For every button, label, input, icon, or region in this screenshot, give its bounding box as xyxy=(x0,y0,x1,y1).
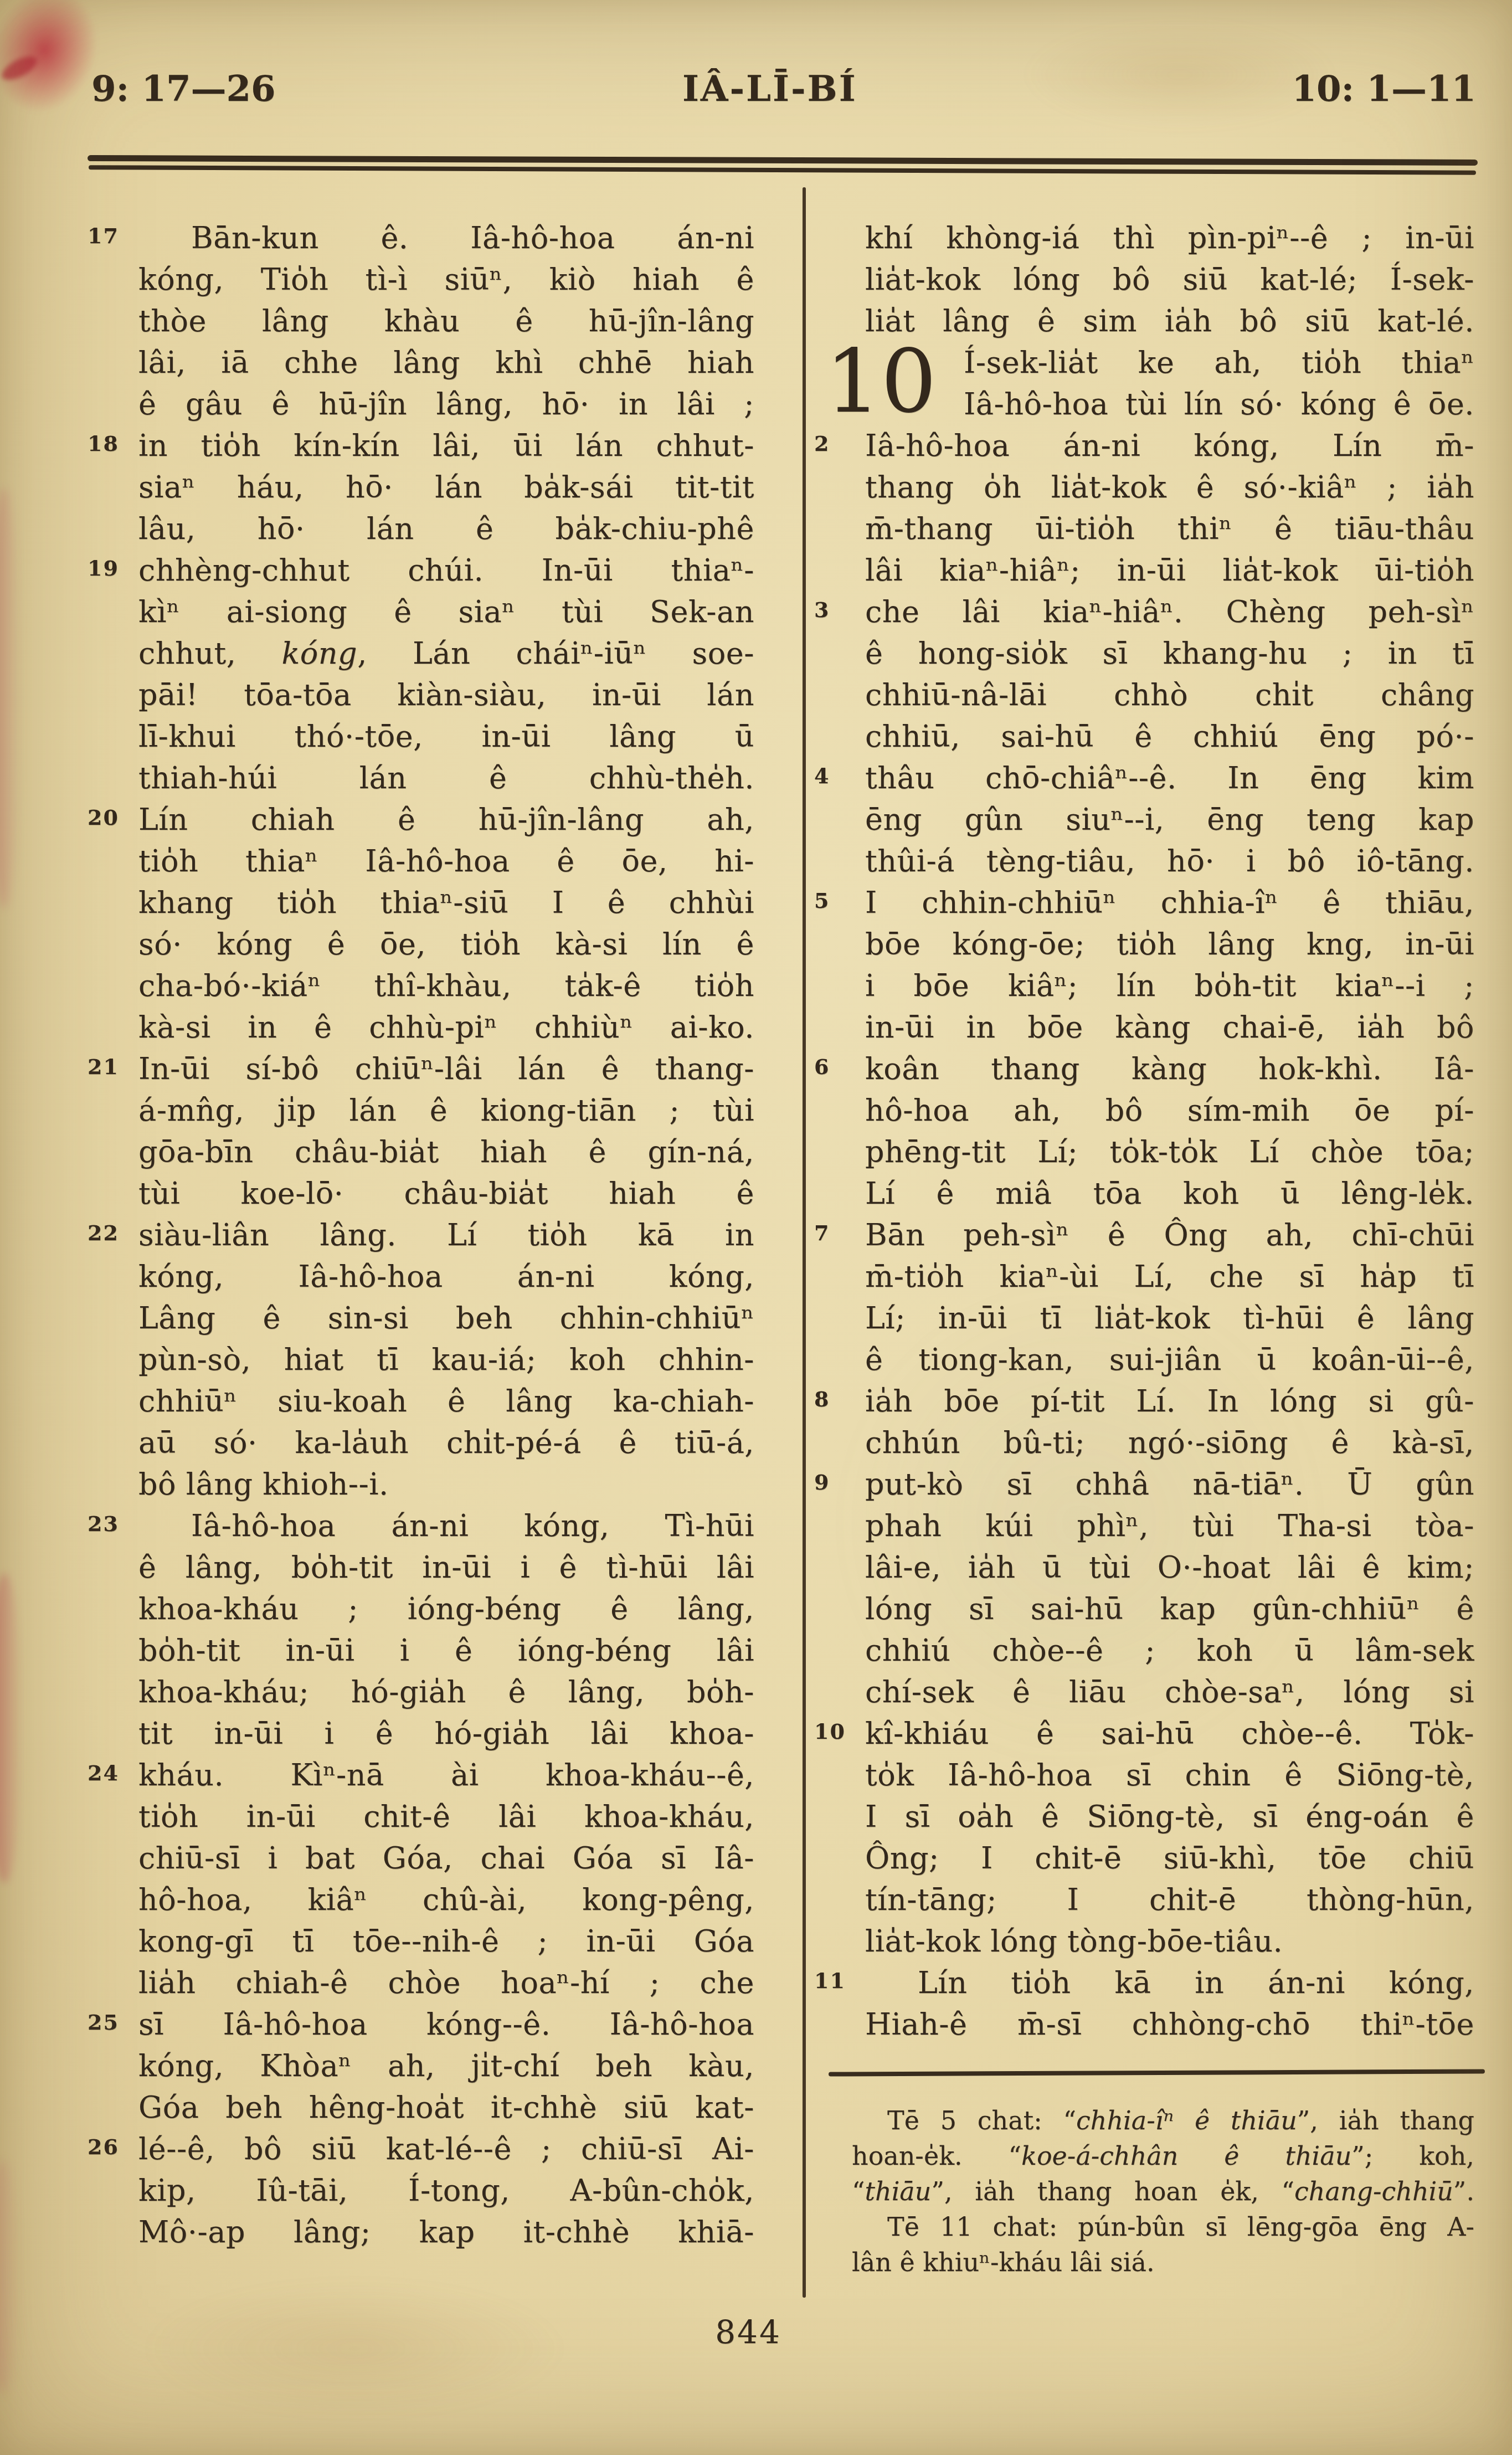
text-line: Lí ê miâ tōa koh ū lêng-le̍k. xyxy=(865,1173,1474,1214)
verse-number: 20 xyxy=(88,797,134,838)
text-line: siaⁿ háu, hō· lán ba̍k-sái tit-tit xyxy=(138,466,754,508)
text-line: 4thâu chō-chiâⁿ--ê. In ēng kim xyxy=(865,757,1474,799)
header-rule-bottom xyxy=(89,165,1476,175)
text-line: 5I chhin-chhiūⁿ chhia-îⁿ ê thiāu, xyxy=(865,882,1474,923)
text-line: lâu, hō· lán ê ba̍k-chiu-phê xyxy=(138,508,754,549)
verse-number: 25 xyxy=(88,2001,134,2043)
pink-edge-smudge xyxy=(0,2160,19,2393)
text-line: pùn-sò, hiat tī kau-iá; koh chhin- xyxy=(138,1339,754,1380)
text-line: lia̍t-kok lóng tòng-bōe-tiâu. xyxy=(865,1920,1474,1962)
text-line: 10Í-sek-lia̍t ke ah, tio̍h thiaⁿ xyxy=(865,342,1474,383)
text-line: lī-khui thó·-tōe, in-ūi lâng ū xyxy=(138,716,754,757)
text-line: lóng sī sai-hū kap gûn-chhiūⁿ ê xyxy=(865,1588,1474,1630)
red-edge-smudge xyxy=(0,52,40,84)
text-line: i bōe kiâⁿ; lín bo̍h-tit kiaⁿ--i ; xyxy=(865,965,1474,1006)
text-line: kóng, Tio̍h tì-ì siūⁿ, kiò hiah ê xyxy=(138,259,754,300)
text-line: ê hong-sio̍k sī khang-hu ; in tī xyxy=(865,633,1474,674)
text-line: lâi-e, ia̍h ū tùi O·-hoat lâi ê kim; xyxy=(865,1547,1474,1588)
text-line: to̍k Iâ-hô-hoa sī chin ê Siōng-tè, xyxy=(865,1754,1474,1796)
verse-number: 10 xyxy=(814,1711,861,1752)
verse-number: 23 xyxy=(88,1503,134,1544)
text-line: 26lé--ê, bô siū kat-lé--ê ; chiū-sī Ai- xyxy=(138,2128,754,2170)
text-line: m̄-tio̍h kiaⁿ-ùi Lí, che sī ha̍p tī xyxy=(865,1256,1474,1297)
text-line: thang o̍h lia̍t-kok ê só·-kiâⁿ ; ia̍h xyxy=(865,466,1474,508)
text-line: Tē 5 chat: “chhia-îⁿ ê thiāu”, ia̍h than… xyxy=(852,2103,1474,2138)
text-line: thòe lâng khàu ê hū-jîn-lâng xyxy=(138,300,754,342)
text-line: gōa-bīn châu-bia̍t hiah ê gín-ná, xyxy=(138,1131,754,1173)
text-line: chiū-sī i bat Góa, chai Góa sī Iâ- xyxy=(138,1837,754,1879)
text-line: lâi, iā chhe lâng khì chhē hiah xyxy=(138,342,754,383)
text-line: 22siàu-liân lâng. Lí tio̍h kā in xyxy=(138,1214,754,1256)
text-line: kong-gī tī tōe--nih-ê ; in-ūi Góa xyxy=(138,1920,754,1962)
text-line: khang tio̍h thiaⁿ-siū I ê chhùi xyxy=(138,882,754,923)
text-line: chhiūⁿ siu-koah ê lâng ka-chiah- xyxy=(138,1380,754,1422)
text-line: kà-si in ê chhù-piⁿ chhiùⁿ ai-ko. xyxy=(138,1006,754,1048)
footnote: Tē 5 chat: “chhia-îⁿ ê thiāu”, ia̍h than… xyxy=(852,2103,1474,2280)
text-line: Lí; in-ūi tī lia̍t-kok tì-hūi ê lâng xyxy=(865,1297,1474,1339)
verse-number: 24 xyxy=(88,1752,134,1794)
text-line: 21In-ūi sí-bô chiūⁿ-lâi lán ê thang- xyxy=(138,1048,754,1090)
text-line: kip, Iû-tāi, Í-tong, A-bûn-cho̍k, xyxy=(138,2170,754,2211)
text-line: chí-sek ê liāu chòe-saⁿ, lóng si xyxy=(865,1671,1474,1713)
verse-number: 11 xyxy=(814,1960,861,2001)
text-line: hô-hoa ah, bô sím-mih ōe pí- xyxy=(865,1090,1474,1131)
text-line: 24kháu. Kìⁿ-nā ài khoa-kháu--ê, xyxy=(138,1754,754,1796)
text-line: phēng-tit Lí; to̍k-to̍k Lí chòe tōa; xyxy=(865,1131,1474,1173)
text-line: m̄-thang ūi-tio̍h thiⁿ ê tiāu-thâu xyxy=(865,508,1474,549)
header-chapter-verse-left: 9: 17—26 xyxy=(91,64,276,114)
text-line: Lâng ê sin-si beh chhin-chhiūⁿ xyxy=(138,1297,754,1339)
text-line: lân ê khiuⁿ-kháu lâi siá. xyxy=(852,2245,1474,2280)
text-line: 3che lâi kiaⁿ-hiâⁿ. Chèng peh-sìⁿ xyxy=(865,591,1474,633)
text-line: 20Lín chiah ê hū-jîn-lâng ah, xyxy=(138,799,754,840)
text-line: hoan-e̍k. “koe-á-chhân ê thiāu”; koh, xyxy=(852,2138,1474,2174)
text-line: ê gâu ê hū-jîn lâng, hō· in lâi ; xyxy=(138,383,754,425)
text-line: Góa beh hêng-hoa̍t it-chhè siū kat- xyxy=(138,2087,754,2128)
verse-number: 18 xyxy=(88,423,134,464)
text-line: 23Iâ-hô-hoa án-ni kóng, Tì-hūi xyxy=(138,1505,754,1547)
verse-number: 2 xyxy=(814,423,861,464)
text-line: tio̍h thiaⁿ Iâ-hô-hoa ê ōe, hi- xyxy=(138,840,754,882)
text-line: chhún bû-ti; ngó·-siōng ê kà-sī, xyxy=(865,1422,1474,1463)
pink-edge-smudge xyxy=(0,1573,22,1883)
text-line: lia̍h chiah-ê chòe hoaⁿ-hí ; che xyxy=(138,1962,754,2004)
text-line: 18in tio̍h kín-kín lâi, ūi lán chhut- xyxy=(138,425,754,466)
italic-text: kóng xyxy=(282,636,358,671)
text-line: in-ūi in bōe kàng chai-ē, ia̍h bô xyxy=(865,1006,1474,1048)
verse-number: 6 xyxy=(814,1046,861,1087)
header-rule-top xyxy=(88,155,1478,166)
verse-number: 19 xyxy=(88,547,134,589)
text-line: kóng, Khòaⁿ ah, ji̍t-chí beh kàu, xyxy=(138,2045,754,2087)
text-line: bô lâng khioh--i. xyxy=(138,1463,754,1505)
text-line: Ông; I chit-ē siū-khì, tōe chiū xyxy=(865,1837,1474,1879)
verse-number: 9 xyxy=(814,1461,861,1503)
text-line: Mô·-ap lâng; kap it-chhè khiā- xyxy=(138,2211,754,2253)
book-page: 9: 17—26 IÂ-LĪ-BÍ 10: 1—11 17Bān-kun ê. … xyxy=(0,0,1512,2455)
text-line: tit in-ūi i ê hó-gia̍h lâi khoa- xyxy=(138,1713,754,1754)
verse-number: 8 xyxy=(814,1378,861,1420)
verse-number: 26 xyxy=(88,2126,134,2168)
text-line: hô-hoa, kiâⁿ chû-ài, kong-pêng, xyxy=(138,1879,754,1920)
verse-number: 5 xyxy=(814,880,861,921)
running-header: 9: 17—26 IÂ-LĪ-BÍ 10: 1—11 xyxy=(91,64,1476,114)
text-line: 11Lín tio̍h kā in án-ni kóng, xyxy=(865,1962,1474,2004)
text-line: lia̍t lâng ê sim ia̍h bô siū kat-lé. xyxy=(865,300,1474,342)
text-line: khoa-kháu; hó-gia̍h ê lâng, bo̍h- xyxy=(138,1671,754,1713)
text-line: bōe kóng-ōe; tio̍h lâng kng, in-ūi xyxy=(865,923,1474,965)
page-number: 844 xyxy=(0,2313,1496,2351)
footnote-rule xyxy=(829,2069,1485,2076)
text-line: lia̍t-kok lóng bô siū kat-lé; Í-sek- xyxy=(865,259,1474,300)
text-line: ê lâng, bo̍h-tit in-ūi i ê tì-hūi lâi xyxy=(138,1547,754,1588)
column-divider-rule xyxy=(803,187,806,2298)
text-line: Tē 11 chat: pún-bûn sī lēng-gōa ēng A- xyxy=(852,2209,1474,2245)
text-line: chhiú chòe--ê ; koh ū lâm-sek xyxy=(865,1630,1474,1671)
pink-edge-smudge xyxy=(0,487,20,908)
text-line: tùi koe-lō· châu-bia̍t hiah ê xyxy=(138,1173,754,1214)
verse-number: 7 xyxy=(814,1212,861,1254)
text-column-left: 17Bān-kun ê. Iâ-hô-hoa án-nikóng, Tio̍h … xyxy=(138,217,754,2253)
text-line: khí khòng-iá thì pìn-piⁿ--ê ; in-ūi xyxy=(865,217,1474,259)
text-line: tio̍h in-ūi chit-ê lâi khoa-kháu, xyxy=(138,1796,754,1837)
text-line: kìⁿ ai-siong ê siaⁿ tùi Sek-an xyxy=(138,591,754,633)
italic-text: chang-chhiū xyxy=(1294,2176,1453,2206)
verse-number: 3 xyxy=(814,589,861,630)
text-line: thûi-á tèng-tiâu, hō· i bô iô-tāng. xyxy=(865,840,1474,882)
text-line: lâi kiaⁿ-hiâⁿ; in-ūi lia̍t-kok ūi-tio̍h xyxy=(865,549,1474,591)
text-line: ēng gûn siuⁿ--i, ēng teng kap xyxy=(865,799,1474,840)
text-line: 7Bān peh-sìⁿ ê Ông ah, chī-chūi xyxy=(865,1214,1474,1256)
text-line: 19chhèng-chhut chúi. In-ūi thiaⁿ- xyxy=(138,549,754,591)
text-line: ê tiong-kan, sui-jiân ū koân-ūi--ê, xyxy=(865,1339,1474,1380)
verse-number: 4 xyxy=(814,755,861,797)
text-line: cha-bó·-kiáⁿ thî-khàu, ta̍k-ê tio̍h xyxy=(138,965,754,1006)
text-line: Iâ-hô-hoa tùi lín só· kóng ê ōe. xyxy=(865,383,1474,425)
text-line: kóng, Iâ-hô-hoa án-ni kóng, xyxy=(138,1256,754,1297)
text-line: 17Bān-kun ê. Iâ-hô-hoa án-ni xyxy=(138,217,754,259)
text-line: 8ia̍h bōe pí-tit Lí. In lóng si gû- xyxy=(865,1380,1474,1422)
text-line: I sī oa̍h ê Siōng-tè, sī éng-oán ê xyxy=(865,1796,1474,1837)
text-line: 25sī Iâ-hô-hoa kóng--ê. Iâ-hô-hoa xyxy=(138,2004,754,2045)
text-line: 6koân thang kàng hok-khì. Iâ- xyxy=(865,1048,1474,1090)
header-chapter-verse-right: 10: 1—11 xyxy=(1292,64,1476,114)
text-line: chhut, kóng, Lán cháiⁿ-iūⁿ soe- xyxy=(138,633,754,674)
text-line: thiah-húi lán ê chhù-the̍h. xyxy=(138,757,754,799)
text-line: Hiah-ê m̄-sī chhòng-chō thiⁿ-tōe xyxy=(865,2004,1474,2045)
text-line: á-mn̂g, ji̍p lán ê kiong-tiān ; tùi xyxy=(138,1090,754,1131)
text-line: só· kóng ê ōe, tio̍h kà-si lín ê xyxy=(138,923,754,965)
text-line: 9put-kò sī chhâ nā-tiāⁿ. Ū gûn xyxy=(865,1463,1474,1505)
text-line: “thiāu”, ia̍h thang hoan e̍k, “chang-chh… xyxy=(852,2174,1474,2209)
text-column-right: khí khòng-iá thì pìn-piⁿ--ê ; in-ūilia̍t… xyxy=(865,217,1474,2045)
text-line: chhiū, sai-hū ê chhiú ēng pó·- xyxy=(865,716,1474,757)
text-line: 10kî-khiáu ê sai-hū chòe--ê. To̍k- xyxy=(865,1713,1474,1754)
text-line: chhiū-nâ-lāi chhò chi̍t châng xyxy=(865,674,1474,716)
text-line: bo̍h-tit in-ūi i ê ióng-béng lâi xyxy=(138,1630,754,1671)
verse-number: 17 xyxy=(88,215,134,256)
italic-text: koe-á-chhân ê thiāu xyxy=(1021,2141,1351,2171)
text-line: phah kúi phìⁿ, tùi Tha-si tòa- xyxy=(865,1505,1474,1547)
italic-text: thiāu xyxy=(865,2176,932,2206)
italic-text: chhia-îⁿ ê thiāu xyxy=(1076,2105,1297,2135)
text-line: khoa-kháu ; ióng-béng ê lâng, xyxy=(138,1588,754,1630)
text-line: tín-tāng; I chit-ē thòng-hūn, xyxy=(865,1879,1474,1920)
text-line: pāi! tōa-tōa kiàn-siàu, in-ūi lán xyxy=(138,674,754,716)
verse-number: 21 xyxy=(88,1046,134,1087)
text-line: aū só· ka-la̍uh chi̍t-pé-á ê tiū-á, xyxy=(138,1422,754,1463)
verse-number: 22 xyxy=(88,1212,134,1254)
page-title: IÂ-LĪ-BÍ xyxy=(682,64,857,114)
text-line: 2Iâ-hô-hoa án-ni kóng, Lín m̄- xyxy=(865,425,1474,466)
